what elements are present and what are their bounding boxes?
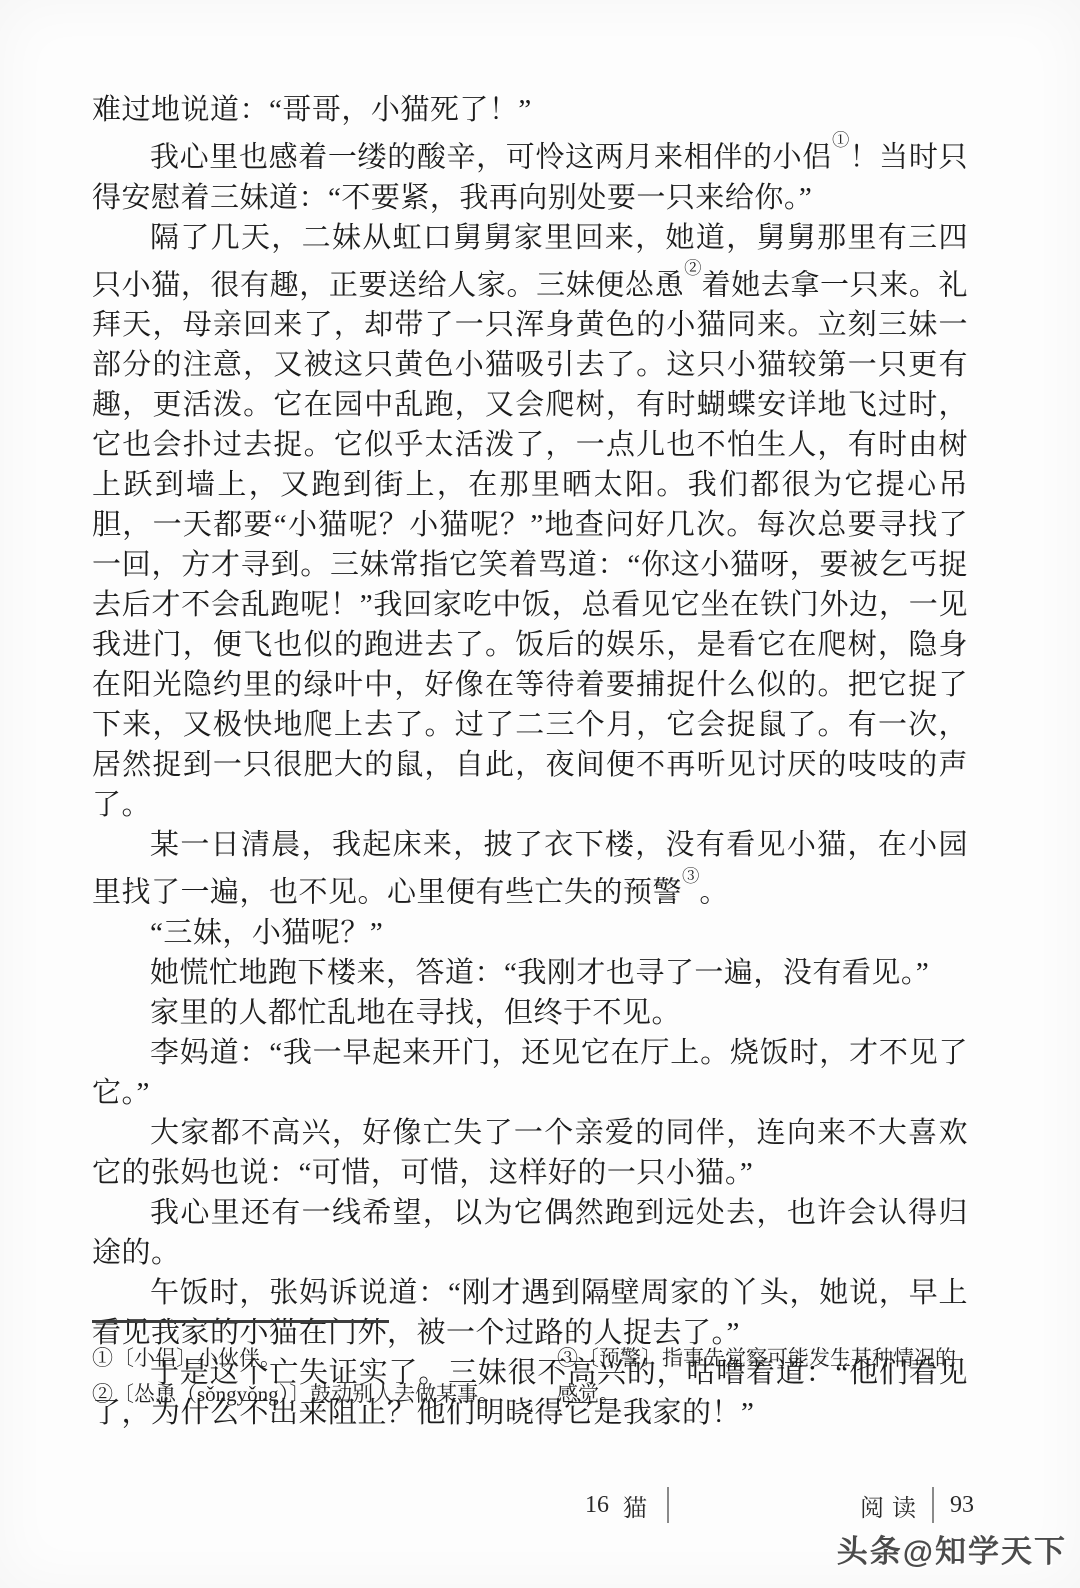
lesson-number: 16 [585,1492,609,1519]
paragraph: 难过地说道：“哥哥，小猫死了！” [92,90,968,130]
footnotes-right-column: ③〔预警〕指事先觉察可能发生某种情况的感觉。 [557,1340,974,1412]
footer-divider-bar [932,1487,934,1523]
footnote-item: ②〔怂恿（sǒngyǒng）〕鼓动别人去做某事。 [92,1376,557,1412]
lesson-title: 猫 [623,1488,647,1523]
footnotes-left-column: ①〔小侣〕小伙伴。 ②〔怂恿（sǒngyǒng）〕鼓动别人去做某事。 [92,1340,557,1412]
footnote-divider [92,1320,389,1323]
paragraph: “三妹，小猫呢？” [92,913,968,953]
page-number: 93 [950,1492,974,1519]
paragraph: 李妈道：“我一早起来开门，还见它在厅上。烧饭时，才不见了它。” [92,1033,968,1113]
paragraph: 大家都不高兴，好像亡失了一个亲爱的同伴，连向来不大喜欢它的张妈也说：“可惜，可惜… [92,1113,968,1193]
footnote-ref: ① [832,130,850,150]
footnotes-section: ①〔小侣〕小伙伴。 ②〔怂恿（sǒngyǒng）〕鼓动别人去做某事。 ③〔预警〕… [92,1340,974,1412]
footer-lesson-group: 16 猫 [585,1486,669,1524]
paragraph: 我心里还有一线希望，以为它偶然跑到远处去，也许会认得归途的。 [92,1193,968,1273]
footnote-item: ③〔预警〕指事先觉察可能发生某种情况的感觉。 [557,1340,974,1412]
footnote-ref: ② [684,258,702,278]
paragraph: 我心里也感着一缕的酸辛，可怜这两月来相伴的小侣①！当时只得安慰着三妹道：“不要紧… [92,130,968,218]
watermark: 头条@知学天下 [837,1526,1067,1571]
footnote-item: ①〔小侣〕小伙伴。 [92,1340,557,1376]
lesson-body: 难过地说道：“哥哥，小猫死了！”我心里也感着一缕的酸辛，可怜这两月来相伴的小侣①… [92,90,968,1433]
paragraph: 家里的人都忙乱地在寻找，但终于不见。 [92,993,968,1033]
footnote-ref: ③ [682,866,699,886]
paragraph: 隔了几天，二妹从虹口舅舅家里回来，她道，舅舅那里有三四只小猫，很有趣，正要送给人… [92,218,968,826]
footer-section-group: 阅读 93 [860,1486,974,1524]
footer-divider-bar [667,1487,669,1523]
textbook-page: 难过地说道：“哥哥，小猫死了！”我心里也感着一缕的酸辛，可怜这两月来相伴的小侣①… [0,0,1080,1588]
paragraph: 某一日清晨，我起床来，披了衣下楼，没有看见小猫，在小园里找了一遍，也不见。心里便… [92,825,968,913]
paragraph: 她慌忙地跑下楼来，答道：“我刚才也寻了一遍，没有看见。” [92,953,968,993]
section-label: 阅读 [860,1488,924,1523]
